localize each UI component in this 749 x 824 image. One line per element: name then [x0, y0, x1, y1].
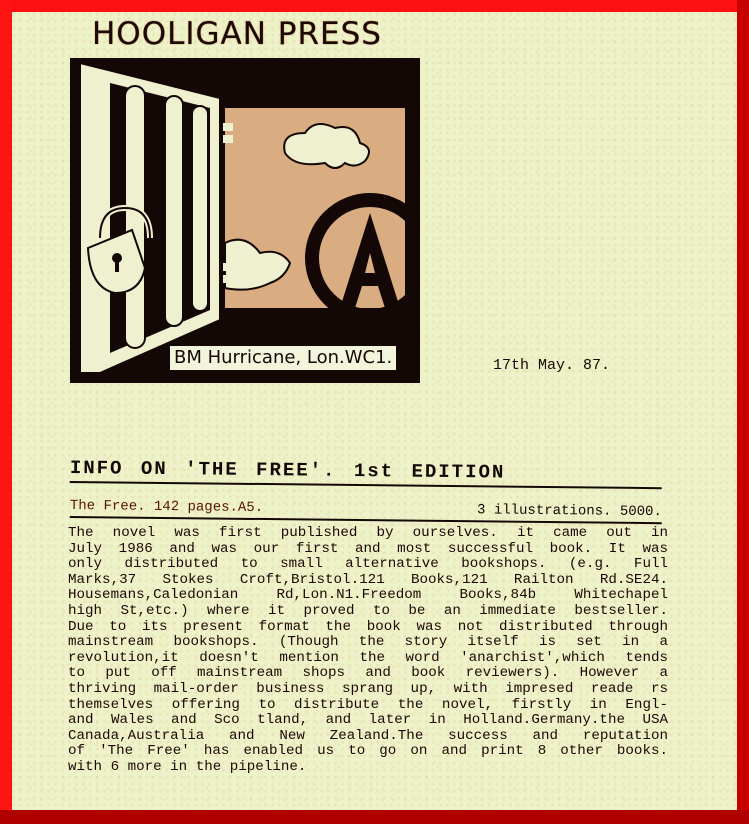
- body-line: July 1986 and was our first and most suc…: [68, 542, 668, 558]
- letter-date: 17th May. 87.: [493, 357, 610, 374]
- body-line: mainstream bookshops. (Though the story …: [68, 635, 668, 651]
- publisher-logo: BM Hurricane, Lon.WC1.: [70, 58, 420, 383]
- body-line: Canada,Australia and New Zealand.The suc…: [68, 729, 668, 745]
- book-details-right: 3 illustrations. 5000.: [477, 502, 662, 520]
- body-line: high St,etc.) where it proved to be an i…: [68, 604, 668, 620]
- body-line: only distributed to small alternative bo…: [68, 557, 668, 573]
- frame-border-right: [737, 0, 749, 824]
- frame-border-bottom: [0, 810, 749, 824]
- body-line: themselves offering to distribute the no…: [68, 698, 668, 714]
- body-line: Due to its present format the book was n…: [68, 620, 668, 636]
- book-details-left: The Free. 142 pages.A5.: [70, 498, 263, 516]
- body-line: Housemans,Caledonian Rd,Lon.N1.Freedom B…: [68, 588, 668, 604]
- logo-address: BM Hurricane, Lon.WC1.: [170, 346, 396, 370]
- body-line: of 'The Free' has enabled us to go on an…: [68, 744, 668, 760]
- body-paragraph: The novel was first published by ourselv…: [68, 526, 668, 776]
- body-line: to put off mainstream shops and book rev…: [68, 666, 668, 682]
- publisher-name: HOOLIGAN PRESS: [92, 16, 382, 52]
- document-page: HOOLIGAN PRESS: [12, 12, 737, 810]
- prison-door-anarchy-icon: [70, 58, 420, 383]
- body-line: revolution,it doesn't mention the word '…: [68, 651, 668, 667]
- body-line: with 6 more in the pipeline.: [68, 760, 668, 776]
- frame-border-top: [0, 0, 749, 12]
- body-line: The novel was first published by ourselv…: [68, 526, 668, 542]
- body-line: Marks,37 Stokes Croft,Bristol.121 Books,…: [68, 573, 668, 589]
- book-details: The Free. 142 pages.A5. 3 illustrations.…: [70, 498, 662, 524]
- body-line: thriving mail-order business sprang up, …: [68, 682, 668, 698]
- body-line: and Wales and Sco tland, and later in Ho…: [68, 713, 668, 729]
- frame-border-left: [0, 0, 12, 824]
- document-heading: INFO ON 'THE FREE'. 1st EDITION: [70, 457, 662, 489]
